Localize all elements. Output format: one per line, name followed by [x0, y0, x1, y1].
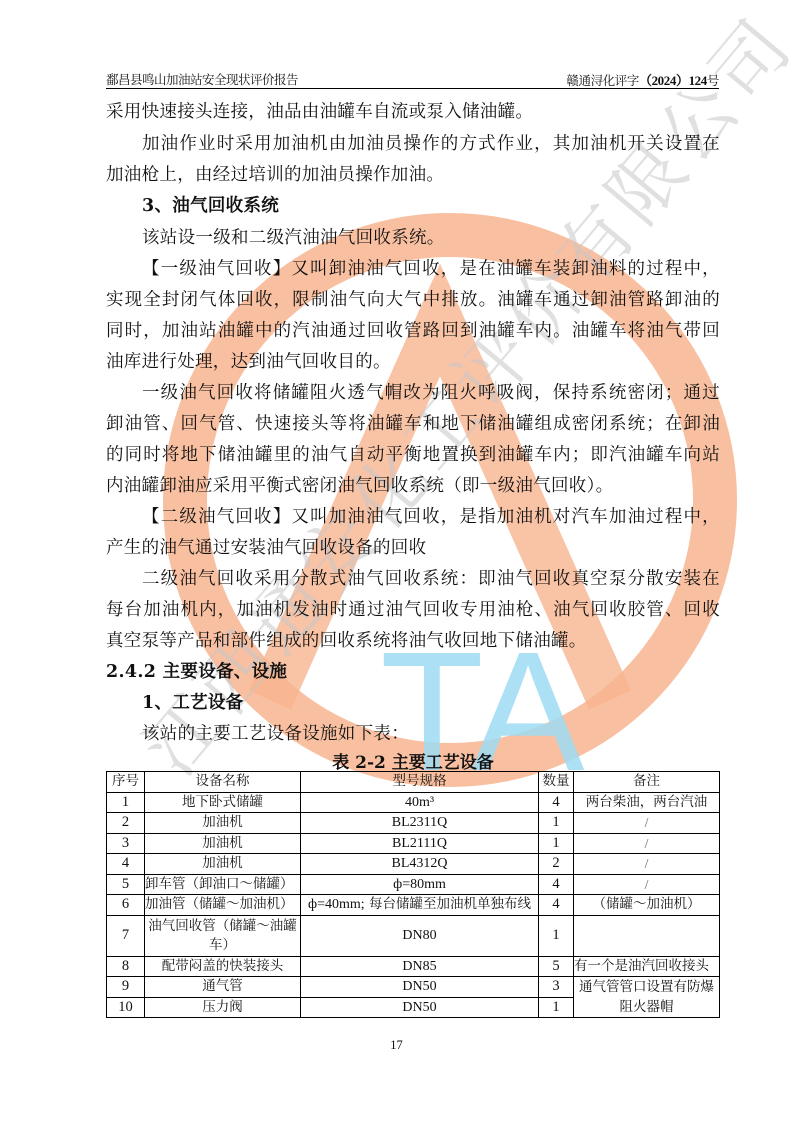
paragraph-line: 卸油管、回气管、快速接头等将油罐车和地下储油罐组成密闭系统；在卸油: [106, 413, 720, 435]
paragraph-line: 实现全封闭气体回收，限制油气向大气中排放。油罐车通过卸油管路卸油的: [106, 289, 720, 311]
table-row: 2 加油机 BL2311Q 1 /: [107, 813, 720, 834]
cell-name: 配带闷盖的快装接头: [145, 956, 301, 977]
cell-name: 加油机: [145, 833, 301, 854]
paragraph-line: 每台加油机内，加油机发油时通过油气回收专用油枪、油气回收胶管、回收: [106, 599, 720, 621]
cell-no: 3: [107, 833, 145, 854]
cell-note: [574, 915, 720, 956]
cell-no: 7: [107, 915, 145, 956]
cell-qty: 3: [539, 977, 574, 998]
cell-no: 6: [107, 895, 145, 916]
cell-qty: 1: [539, 833, 574, 854]
paragraph-line: 的同时将地下储油罐里的油气自动平衡地置换到油罐车内；即汽油罐车向站: [106, 444, 720, 466]
paragraph-line: 该站设一级和二级汽油油气回收系统。: [142, 227, 720, 249]
cell-note: 两台柴油，两台汽油: [574, 792, 720, 813]
cell-qty: 5: [539, 956, 574, 977]
paragraph-line: 采用快速接头连接，油品由油罐车自流或泵入储油罐。: [106, 101, 720, 123]
header-cell: 数量: [539, 772, 574, 793]
cell-qty: 1: [539, 997, 574, 1018]
cell-spec: ф=40mm; 每台储罐至加油机单独布线: [301, 895, 539, 916]
page-header: 鄱昌县鸣山加油站安全现状评价报告 赣通浔化评字（2024）124号: [106, 68, 719, 89]
cell-name: 加油机: [145, 813, 301, 834]
cell-note: （储罐～加油机）: [574, 895, 720, 916]
header-cell: 设备名称: [145, 772, 301, 793]
cell-no: 2: [107, 813, 145, 834]
cell-no: 8: [107, 956, 145, 977]
cell-no: 10: [107, 997, 145, 1018]
table-row: 6 加油管（储罐～加油机） ф=40mm; 每台储罐至加油机单独布线 4 （储罐…: [107, 895, 720, 916]
paragraph-line: 该站的主要工艺设备设施如下表：: [142, 723, 720, 745]
cell-no: 4: [107, 854, 145, 875]
cell-note: /: [574, 874, 720, 895]
cell-note: 有一个是油汽回收接头: [574, 956, 720, 977]
document-page: 鄱昌县鸣山加油站安全现状评价报告 赣通浔化评字（2024）124号 采用快速接头…: [0, 0, 793, 1122]
header-cell: 备注: [574, 772, 720, 793]
cell-spec: BL2311Q: [301, 813, 539, 834]
paragraph-line: 加油枪上，由经过培训的加油员操作加油。: [106, 164, 720, 186]
table-caption: 表 2-2 主要工艺设备: [106, 748, 720, 773]
cell-qty: 4: [539, 792, 574, 813]
report-code: 赣通浔化评字（2024）124号: [566, 70, 719, 89]
paragraph-line: 内油罐卸油应采用平衡式密闭油气回收系统（即一级油气回收）。: [106, 475, 720, 497]
cell-note-merged: 通气管管口设置有防爆阻火器帽: [574, 977, 720, 1018]
paragraph-line: 一级油气回收将储罐阻火透气帽改为阻火呼吸阀，保持系统密闭；通过: [142, 382, 720, 404]
paragraph-line: 产生的油气通过安装油气回收设备的回收: [106, 537, 720, 559]
cell-qty: 2: [539, 854, 574, 875]
cell-qty: 1: [539, 813, 574, 834]
paragraph-line: 油库进行处理，达到油气回收目的。: [106, 351, 720, 373]
cell-qty: 4: [539, 874, 574, 895]
cell-name: 加油机: [145, 854, 301, 875]
cell-no: 9: [107, 977, 145, 998]
paragraph-line: 同时，加油站油罐中的汽油通过回收管路回到油罐车内。油罐车将油气带回: [106, 320, 720, 342]
paragraph-line: 【一级油气回收】又叫卸油油气回收，是在油罐车装卸油料的过程中，: [142, 258, 720, 280]
subsection-heading: 1、工艺设备: [142, 692, 720, 714]
cell-no: 5: [107, 874, 145, 895]
cell-name: 油气回收管（储罐～油罐车）: [145, 915, 301, 956]
header-cell: 序号: [107, 772, 145, 793]
table-row: 3 加油机 BL2111Q 1 /: [107, 833, 720, 854]
cell-no: 1: [107, 792, 145, 813]
cell-spec: DN50: [301, 977, 539, 998]
cell-name: 地下卧式储罐: [145, 792, 301, 813]
cell-name: 加油管（储罐～加油机）: [145, 895, 301, 916]
cell-spec: BL4312Q: [301, 854, 539, 875]
paragraph-line: 加油作业时采用加油机由加油员操作的方式作业，其加油机开关设置在: [142, 133, 720, 155]
table-row: 8 配带闷盖的快装接头 DN85 5 有一个是油汽回收接头: [107, 956, 720, 977]
cell-spec: BL2111Q: [301, 833, 539, 854]
table-row: 1 地下卧式储罐 40m³ 4 两台柴油，两台汽油: [107, 792, 720, 813]
table-header-row: 序号 设备名称 型号规格 数量 备注: [107, 772, 720, 793]
cell-name: 压力阀: [145, 997, 301, 1018]
paragraph-line: 真空泵等产品和部件组成的回收系统将油气收回地下储油罐。: [106, 630, 720, 652]
cell-name: 卸车管（卸油口～储罐）: [145, 874, 301, 895]
report-title: 鄱昌县鸣山加油站安全现状评价报告: [106, 70, 298, 88]
cell-note: /: [574, 833, 720, 854]
table-row: 7 油气回收管（储罐～油罐车） DN80 1: [107, 915, 720, 956]
section-heading: 3、油气回收系统: [142, 195, 720, 217]
cell-spec: 40m³: [301, 792, 539, 813]
cell-note: /: [574, 813, 720, 834]
equipment-table: 序号 设备名称 型号规格 数量 备注 1 地下卧式储罐 40m³ 4 两台柴油，…: [106, 771, 720, 1018]
table-row: 9 通气管 DN50 3 通气管管口设置有防爆阻火器帽: [107, 977, 720, 998]
cell-name: 通气管: [145, 977, 301, 998]
section-heading: 2.4.2 主要设备、设施: [106, 661, 720, 683]
cell-spec: DN50: [301, 997, 539, 1018]
table-row: 5 卸车管（卸油口～储罐） ф=80mm 4 /: [107, 874, 720, 895]
cell-qty: 4: [539, 895, 574, 916]
table-row: 4 加油机 BL4312Q 2 /: [107, 854, 720, 875]
header-cell: 型号规格: [301, 772, 539, 793]
cell-spec: DN85: [301, 956, 539, 977]
paragraph-line: 【二级油气回收】又叫加油油气回收，是指加油机对汽车加油过程中，: [142, 506, 720, 528]
cell-qty: 1: [539, 915, 574, 956]
cell-note: /: [574, 854, 720, 875]
cell-spec: DN80: [301, 915, 539, 956]
page-number: 17: [0, 1038, 793, 1053]
cell-spec: ф=80mm: [301, 874, 539, 895]
paragraph-line: 二级油气回收采用分散式油气回收系统：即油气回收真空泵分散安装在: [142, 568, 720, 590]
